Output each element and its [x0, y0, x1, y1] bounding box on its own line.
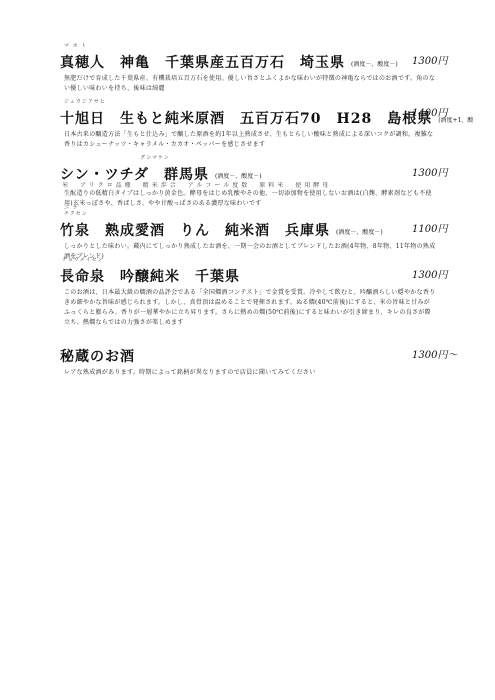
sake-description: このお酒は、日本最大級の燗酒の品評会である「全国燗酒コンテスト」で金賞を受賞。冷… — [64, 288, 436, 328]
furigana: マ ホ ト — [64, 42, 87, 49]
sake-name: 真穂人 神亀 千葉県産五百万石 埼玉県(酒度－、酸度－) — [60, 52, 398, 72]
price: 1300円 — [412, 164, 447, 179]
menu-item: ジュウジアサヒ 十旭日 生もと純米原酒 五百万石70 H28 島根県(酒度+1、… — [60, 106, 460, 150]
furigana: グンマケン — [140, 154, 170, 161]
price: 1100円 — [412, 220, 447, 235]
menu-item: 秘蔵のお酒 1300円～ レアな熟成酒があります。時期によって銘柄が異なりますの… — [60, 344, 460, 378]
sake-description: レアな熟成酒があります。時期によって銘柄が異なりますので店員に聞いてみてください — [64, 368, 436, 378]
menu-item: グンマケン シン・ツチダ 群馬県(酒度－、酸度－) 1300円 米 アリクロ品種… — [60, 162, 460, 209]
sake-description: 日本古来の醸造方法「生もと仕込み」で醸した原酒を約1年以上熟成させ、生もとらしい… — [64, 130, 436, 150]
furigana: ジュウジアサヒ — [64, 98, 106, 105]
sake-name: 竹泉 熟成愛酒 りん 純米酒 兵庫県(酒度－、酸度－) — [60, 220, 383, 240]
menu-item: ニ ナ チクセン 竹泉 熟成愛酒 りん 純米酒 兵庫県(酒度－、酸度－) 110… — [60, 218, 460, 262]
sake-name: シン・ツチダ 群馬県(酒度－、酸度－) — [60, 164, 262, 184]
sake-spec: (酒度－、酸度－) — [336, 229, 383, 236]
furigana: チョウメイセン — [62, 256, 103, 263]
furigana: チクセン — [64, 210, 88, 217]
sake-description: 無肥だけで育成した千葉県産、有機栽培五百万石を使用。優しい旨さとふくよかな味わい… — [64, 74, 436, 94]
menu-item: マ ホ ト 真穂人 神亀 千葉県産五百万石 埼玉県(酒度－、酸度－) 1300円… — [60, 50, 460, 94]
menu-item: チョウメイセン 長命泉 吟醸純米 千葉県 1300円 このお酒は、日本最大級の燗… — [60, 264, 460, 328]
price: 1300円～ — [412, 346, 457, 361]
sake-name: 長命泉 吟醸純米 千葉県 — [60, 266, 240, 286]
sake-spec: (酒度－、酸度－) — [215, 173, 262, 180]
price: 1300円 — [412, 266, 447, 281]
menu-page: マ ホ ト 真穂人 神亀 千葉県産五百万石 埼玉県(酒度－、酸度－) 1300円… — [0, 0, 495, 700]
price: 1300円 — [412, 52, 447, 67]
sake-name: 秘蔵のお酒 — [60, 346, 135, 366]
sake-description: 生酛造りの低精白タイプはしっかり黄金色。酵母をはじめ乳酸やその他、一切添加物を使… — [64, 189, 436, 209]
price: 1400円 — [412, 104, 447, 119]
sake-description: しっかりとした味わい。蔵内にてしっかり熟成したお酒を、一期一会のお酒としてブレン… — [64, 242, 436, 262]
sake-spec: (酒度－、酸度－) — [351, 61, 398, 68]
